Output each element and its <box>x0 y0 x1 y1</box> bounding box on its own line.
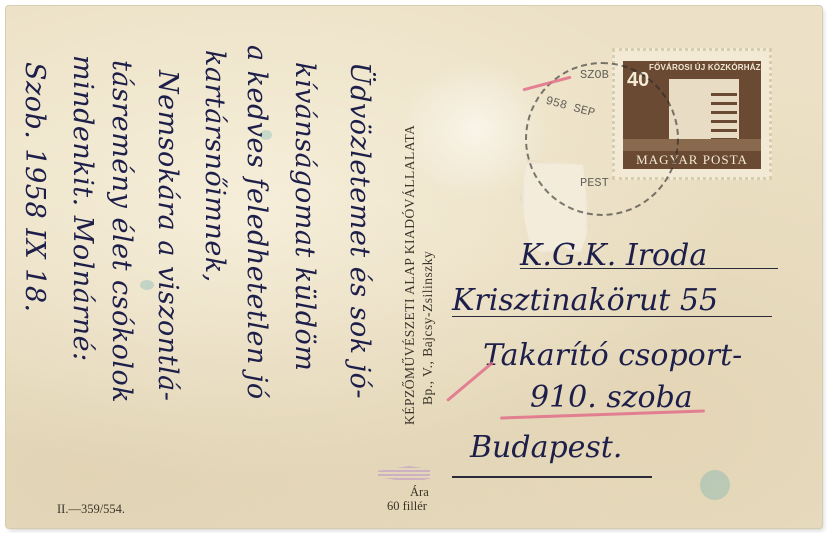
publisher-address: Bp., V., Bajcsy-Zsilinszky <box>420 251 436 405</box>
message-line: kívánságomat küldöm <box>289 62 320 371</box>
address-rule <box>452 316 772 317</box>
message-line: Üdvözletemet és sok jó- <box>344 62 375 399</box>
hospital-building-icon <box>669 79 739 147</box>
postmark-town: SZOB <box>580 68 609 82</box>
message-line: kartársnőimnek, <box>199 50 230 283</box>
ink-smudge <box>700 470 730 500</box>
postmark-bottom: PEST <box>580 176 609 190</box>
address-rule <box>520 268 778 269</box>
catalog-number: II.—359/554. <box>57 502 125 517</box>
message-line: tásremény élet csókolok <box>106 60 137 403</box>
message-line: mindenkit. Molnárné: <box>67 55 98 362</box>
address-city: Budapest. <box>470 430 622 465</box>
message-line: Nemsokára a viszontlá- <box>152 70 183 401</box>
postmark <box>525 62 679 216</box>
publisher-line: KÉPZŐMŰVÉSZETI ALAP KIADÓVÁLLALATA <box>402 125 418 425</box>
price-label: Ára <box>410 485 429 500</box>
address-line-2: Krisztinakörut 55 <box>452 283 718 318</box>
message-line: Szob. 1958 IX 18. <box>19 62 50 313</box>
price-value: 60 fillér <box>387 499 427 514</box>
message-line: a kedves feledhetetlen jó <box>241 45 272 400</box>
address-rule <box>452 476 652 478</box>
stamp-caption: FŐVÁROSI ÚJ KÖZKÓRHÁZ <box>649 63 761 72</box>
address-line-3: Takarító csoport- <box>483 338 742 373</box>
